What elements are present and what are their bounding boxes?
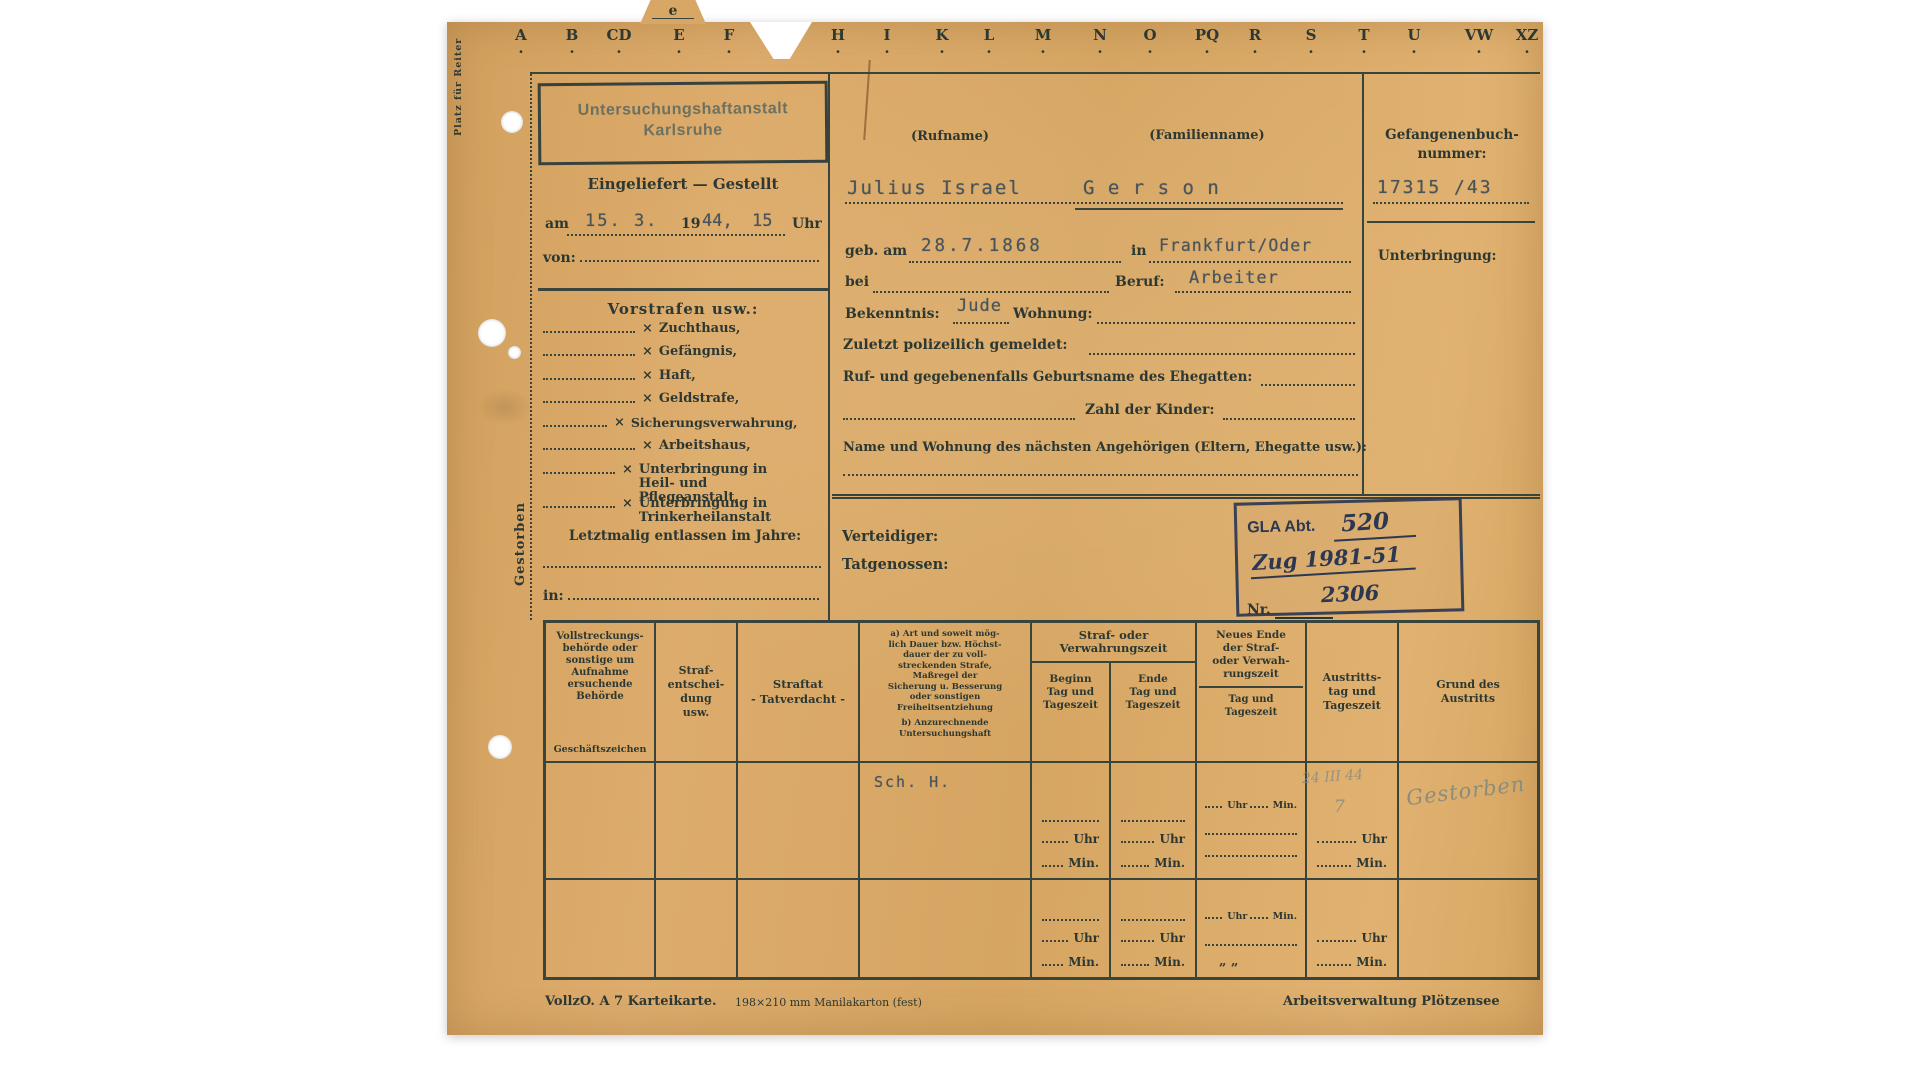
punch-hole	[508, 346, 521, 359]
min-row: Min.	[1042, 855, 1099, 870]
uhr-label: Uhr	[1227, 911, 1247, 922]
dotted-leader	[1121, 954, 1149, 966]
dotted-row	[1042, 913, 1099, 921]
header-neues-ende: Neues Ende der Straf- oder Verwah- rungs…	[1197, 623, 1307, 763]
dotted-leader	[1042, 831, 1068, 843]
uhr-row: Uhr	[1121, 930, 1185, 945]
index-letter: R	[1249, 28, 1261, 53]
intake-hour-value: 15	[752, 211, 772, 231]
bekenntnis-dotted-line	[953, 322, 1009, 324]
kinder-label: Zahl der Kinder:	[1085, 402, 1215, 418]
uhr-label: Uhr	[792, 216, 822, 232]
prior-dotted-line	[543, 322, 635, 333]
kinder-lead-dotted-line	[843, 418, 1075, 420]
row2-grund-cell	[1399, 880, 1537, 977]
intake-year-value: 44,	[702, 211, 733, 231]
edge-text-platz-fuer-reiter: Platz für Reiter	[453, 24, 464, 136]
birth-date-value: 28.7.1868	[921, 236, 1043, 256]
uhr-min-block: Uhr Min.	[1042, 913, 1099, 969]
archive-stamp-abt-value: 520	[1332, 506, 1416, 542]
dotted-leader	[1121, 855, 1149, 867]
uhr-row: Uhr	[1042, 831, 1099, 846]
punch-hole	[488, 735, 512, 759]
min-label: Min.	[1154, 856, 1185, 870]
von-dotted-line	[580, 250, 819, 262]
uhr-min-block: Uhr Min.	[1317, 822, 1387, 870]
prior-dotted-line	[543, 497, 615, 508]
prior-x-mark: ×	[622, 463, 633, 477]
row1-behoerde-cell	[546, 763, 656, 880]
row2-art-cell	[860, 880, 1032, 977]
prior-dotted-line	[543, 369, 635, 380]
von-label: von:	[543, 250, 576, 266]
bei-dotted-line	[873, 291, 1109, 293]
archive-stamp-zug-value: Zug 1981-51	[1249, 541, 1415, 580]
row2-straftat-cell	[738, 880, 860, 977]
von-row: von:	[543, 250, 823, 266]
beruf-value: Arbeiter	[1189, 268, 1279, 288]
wohnung-label: Wohnung:	[1013, 306, 1093, 322]
index-letter: S	[1306, 28, 1317, 53]
dotted-row	[1205, 938, 1297, 946]
beruf-dotted-line	[1175, 291, 1351, 293]
prior-x-mark: ×	[622, 497, 633, 511]
header-geschaeftszeichen-text: Geschäftszeichen	[546, 744, 654, 761]
in-label: in:	[543, 588, 564, 604]
bei-label: bei	[845, 274, 869, 290]
intake-date-rule	[567, 234, 785, 236]
prior-item-label: Zuchthaus,	[659, 322, 741, 336]
row1-ende-cell: Uhr Min.	[1111, 763, 1197, 880]
prior-item-row: × Unterbringung in Trinkerheilanstalt	[543, 497, 827, 525]
prior-item-row: × Geldstrafe,	[543, 392, 827, 406]
uhr-label: Uhr	[1361, 931, 1387, 945]
index-letter: K	[935, 28, 948, 53]
index-tab-letter: e	[669, 3, 678, 19]
prior-dotted-line	[543, 345, 635, 356]
prior-x-mark: ×	[642, 322, 653, 336]
row1-art-cell: Sch. H.	[860, 763, 1032, 880]
prior-x-mark: ×	[642, 369, 653, 383]
min-label: Min.	[1356, 955, 1387, 969]
punch-hole	[478, 319, 506, 347]
prior-item-label: Sicherungsverwahrung,	[631, 416, 798, 430]
header-strafentscheidung: Straf- entschei- dung usw.	[656, 623, 738, 763]
row1-entscheidung-cell	[656, 763, 738, 880]
footer-printer: Arbeitsverwaltung Plötzensee	[1283, 994, 1500, 1009]
header-ende: Ende Tag und Tageszeit	[1111, 663, 1195, 761]
header-austrittstag: Austritts- tag und Tageszeit	[1307, 623, 1399, 763]
dotted-leader	[1250, 799, 1267, 808]
prior-x-mark: ×	[642, 345, 653, 359]
dotted-leader	[1205, 910, 1222, 919]
index-letter: H	[831, 28, 845, 53]
priors-title: Vorstrafen usw.:	[538, 300, 828, 318]
header-verwahrungszeit-group: Straf- oder Verwahrungszeit Beginn Tag u…	[1032, 623, 1197, 763]
prior-item-row: × Zuchthaus,	[543, 322, 827, 336]
bekenntnis-label: Bekenntnis:	[845, 306, 940, 322]
row2-austritt-cell: Uhr Min.	[1307, 880, 1399, 977]
row2-beginn-cell: Uhr Min.	[1032, 880, 1111, 977]
year-preprint: 19	[681, 216, 700, 232]
surname-underline	[1075, 208, 1343, 210]
index-letter: F	[724, 28, 735, 53]
min-label: Min.	[1356, 856, 1387, 870]
geb-am-label: geb. am	[845, 243, 907, 259]
dotted-leader	[1205, 799, 1222, 808]
prior-x-mark: ×	[614, 416, 625, 430]
released-label: Letztmalig entlassen im Jahre:	[543, 528, 827, 544]
birth-place-value: Frankfurt/Oder	[1159, 236, 1312, 255]
index-letter: N	[1093, 28, 1107, 53]
row1-neues-ende-cell: Uhr Min.	[1197, 763, 1307, 880]
angehoerige-dotted-line	[843, 474, 1358, 476]
margin-dotted-rule	[530, 74, 532, 620]
neues-ende-block: Uhr Min.	[1205, 769, 1297, 872]
dotted-leader	[1317, 954, 1351, 966]
header-verwahrungszeit-subcolumns: Beginn Tag und Tageszeit Ende Tag und Ta…	[1032, 663, 1195, 761]
angehoerige-label: Name und Wohnung des nächsten Angehörige…	[843, 440, 1367, 455]
gemeldet-label: Zuletzt polizeilich gemeldet:	[843, 337, 1068, 353]
footer-form-id: VollzO. A 7 Karteikarte.	[545, 994, 717, 1009]
tatgenossen-label: Tatgenossen:	[842, 556, 949, 573]
dotted-leader	[1042, 855, 1063, 867]
row1-straftat-cell	[738, 763, 860, 880]
booking-number-label: Gefangenenbuch- nummer:	[1367, 126, 1537, 164]
birthdate-dotted-line	[909, 261, 1121, 263]
row2-behoerde-cell	[546, 880, 656, 977]
header-beginn: Beginn Tag und Tageszeit	[1032, 663, 1111, 761]
min-row: Min.	[1317, 855, 1387, 870]
dotted-row	[1205, 849, 1297, 857]
prisoner-index-card: e A B CD E F H I K L M N O PQ R S T U VW…	[447, 22, 1543, 1035]
intake-title: Eingeliefert — Gestellt	[538, 175, 828, 193]
uhr-min-inline-row: Uhr Min.	[1205, 799, 1297, 811]
gemeldet-dotted-line	[1089, 353, 1355, 355]
header-straftat: Straftat - Tatverdacht -	[738, 623, 860, 763]
dotted-row	[1121, 913, 1185, 921]
prior-item-label: Geldstrafe,	[659, 392, 739, 406]
prior-x-mark: ×	[642, 392, 653, 406]
ditto-marks: „ „	[1219, 954, 1238, 969]
nr-line	[1275, 617, 1333, 619]
prior-dotted-line	[543, 463, 615, 474]
index-letter: E	[673, 28, 684, 53]
booking-rule	[1367, 221, 1535, 223]
row1-art-typed-entry: Sch. H.	[874, 773, 951, 791]
prior-item-row: × Arbeitshaus,	[543, 439, 827, 453]
uhr-label: Uhr	[1073, 832, 1099, 846]
geb-in-label: in	[1131, 243, 1147, 259]
index-letter: L	[984, 28, 995, 53]
index-row-rule	[530, 72, 1540, 74]
am-label: am	[545, 216, 569, 232]
prior-item-row: × Sicherungsverwahrung,	[543, 416, 827, 430]
unterbringung-label: Unterbringung:	[1378, 248, 1497, 264]
min-row: Min.	[1121, 954, 1185, 969]
wohnung-dotted-line	[1097, 322, 1355, 324]
birthplace-dotted-line	[1149, 261, 1351, 263]
index-letter: XZ	[1516, 28, 1539, 53]
min-label: Min.	[1068, 856, 1099, 870]
index-letter: U	[1407, 28, 1420, 53]
header-straftat-text: Straftat - Tatverdacht -	[751, 677, 845, 707]
austritt-hour-handwriting: 7	[1334, 797, 1345, 817]
index-letter: VW	[1465, 28, 1493, 53]
ehegatte-label: Ruf- und gegebenenfalls Geburtsname des …	[843, 369, 1252, 385]
uhr-row: Uhr	[1042, 930, 1099, 945]
booking-number-value: 17315 /43	[1377, 177, 1493, 198]
uhr-label: Uhr	[1361, 832, 1387, 846]
bekenntnis-value: Jude	[957, 296, 1002, 316]
header-vollstreckungsbehoerde: Vollstreckungs- behörde oder sonstige um…	[546, 623, 656, 763]
uhr-min-inline-row: Uhr Min.	[1205, 910, 1297, 922]
footer-material-note: 198×210 mm Manilakarton (fest)	[735, 996, 922, 1009]
index-letter: O	[1143, 28, 1156, 53]
prior-dotted-line	[543, 392, 635, 403]
uhr-label: Uhr	[1073, 931, 1099, 945]
dotted-leader	[1121, 930, 1154, 942]
index-tab-underline	[652, 18, 694, 19]
institution-stamp: Untersuchungshaftanstalt Karlsruhe	[538, 81, 829, 166]
uhr-label: Uhr	[1227, 800, 1247, 811]
uhr-min-block: Uhr Min.	[1121, 814, 1185, 870]
dotted-leader	[1250, 910, 1267, 919]
row2-neues-ende-cell: Uhr Min. „ „	[1197, 880, 1307, 977]
index-letter: M	[1035, 28, 1052, 53]
dotted-leader	[1317, 831, 1356, 843]
min-row: Min.	[1317, 954, 1387, 969]
index-letter: I	[883, 28, 890, 53]
dotted-leader	[1121, 831, 1154, 843]
custody-table: Vollstreckungs- behörde oder sonstige um…	[543, 620, 1540, 980]
uhr-row: Uhr	[1121, 831, 1185, 846]
dotted-leader	[1317, 855, 1351, 867]
prior-item-row: × Haft,	[543, 369, 827, 383]
index-letter: T	[1358, 28, 1369, 53]
uhr-label: Uhr	[1159, 832, 1185, 846]
dotted-leader	[1042, 930, 1068, 942]
min-label: Min.	[1154, 955, 1185, 969]
prior-item-row: × Gefängnis,	[543, 345, 827, 359]
kinder-dotted-line	[1223, 418, 1355, 420]
dotted-leader	[1317, 930, 1356, 942]
institution-stamp-line1: Untersuchungshaftanstalt	[541, 98, 825, 121]
institution-stamp-line2: Karlsruhe	[541, 119, 825, 142]
intake-date-value: 15. 3.	[585, 211, 658, 231]
index-letter: CD	[607, 28, 632, 53]
uhr-min-block: Uhr Min.	[1121, 913, 1185, 969]
top-edge-notch	[750, 22, 812, 59]
rufname-label: (Rufname)	[875, 129, 1025, 144]
beruf-label: Beruf:	[1115, 274, 1165, 290]
right-column-divider	[1362, 74, 1364, 495]
header-vollstreckungsbehoerde-text: Vollstreckungs- behörde oder sonstige um…	[546, 631, 654, 703]
header-grund-des-austritts: Grund des Austritts	[1399, 623, 1537, 763]
punch-hole	[501, 111, 523, 133]
verteidiger-label: Verteidiger:	[842, 528, 938, 545]
min-row: Min.	[1042, 954, 1099, 969]
archive-stamp-number-value: 2306	[1320, 580, 1379, 607]
min-row: Min.	[1121, 855, 1185, 870]
neues-ende-block: Uhr Min. „ „	[1205, 886, 1297, 971]
row2-entscheidung-cell	[656, 880, 738, 977]
scan-background: e A B CD E F H I K L M N O PQ R S T U VW…	[0, 0, 1920, 1081]
header-art-b-text: b) Anzurechnende Untersuchungshaft	[860, 718, 1030, 739]
in-dotted-line	[568, 588, 819, 600]
dotted-row	[1121, 814, 1185, 822]
uhr-min-block: Uhr Min.	[1317, 921, 1387, 969]
uhr-label: Uhr	[1159, 931, 1185, 945]
in-row: in:	[543, 588, 823, 604]
header-grund-text: Grund des Austritts	[1436, 678, 1500, 706]
dotted-row	[1205, 827, 1297, 835]
index-letter: PQ	[1195, 28, 1219, 53]
row1-beginn-cell: Uhr Min.	[1032, 763, 1111, 880]
prior-dotted-line	[543, 416, 607, 427]
index-letter: A	[515, 28, 527, 53]
header-neues-ende-text: Neues Ende der Straf- oder Verwah- rungs…	[1199, 629, 1303, 681]
header-strafentscheidung-text: Straf- entschei- dung usw.	[668, 664, 725, 720]
archive-stamp-box: GLA Abt. 520 Zug 1981-51 2306	[1234, 497, 1465, 617]
header-austrittstag-text: Austritts- tag und Tageszeit	[1323, 671, 1382, 713]
prior-item-label: Arbeitshaus,	[659, 439, 751, 453]
index-tab-e: e	[640, 0, 706, 24]
priors-list: × Zuchthaus, × Gefängnis, × Haft, × Geld…	[543, 322, 827, 532]
familienname-label: (Familienname)	[1127, 128, 1287, 143]
prior-x-mark: ×	[642, 439, 653, 453]
dotted-leader	[1042, 954, 1063, 966]
rufname-value: Julius Israel	[847, 177, 1022, 199]
prior-item-label: Unterbringung in Trinkerheilanstalt	[639, 497, 779, 525]
header-art-a-text: a) Art und soweit mög- lich Dauer bzw. H…	[860, 629, 1030, 713]
left-column-rule	[538, 288, 828, 291]
header-verwahrungszeit-title: Straf- oder Verwahrungszeit	[1032, 623, 1195, 663]
prior-item-label: Gefängnis,	[659, 345, 737, 359]
min-label: Min.	[1273, 800, 1297, 811]
index-letter: B	[566, 28, 579, 53]
prior-dotted-line	[543, 439, 635, 450]
header-art-und-dauer: a) Art und soweit mög- lich Dauer bzw. H…	[860, 623, 1032, 763]
name-dotted-line	[845, 202, 1343, 204]
edge-text-gestorben: Gestorben	[513, 474, 528, 586]
uhr-min-block: Uhr Min.	[1042, 814, 1099, 870]
ehegatte-dotted-line	[1261, 384, 1355, 386]
prior-item-label: Haft,	[659, 369, 696, 383]
min-label: Min.	[1273, 911, 1297, 922]
row2-ende-cell: Uhr Min.	[1111, 880, 1197, 977]
booking-number-dotted-line	[1373, 202, 1529, 204]
familienname-value: G e r s o n	[1083, 177, 1220, 199]
released-dotted-line	[543, 566, 821, 568]
header-neues-ende-tageszeit-text: Tag und Tageszeit	[1199, 686, 1303, 719]
archive-stamp-gla-label: GLA Abt.	[1247, 518, 1316, 538]
uhr-row: Uhr	[1317, 930, 1387, 945]
min-label: Min.	[1068, 955, 1099, 969]
dotted-row	[1042, 814, 1099, 822]
uhr-row: Uhr	[1317, 831, 1387, 846]
